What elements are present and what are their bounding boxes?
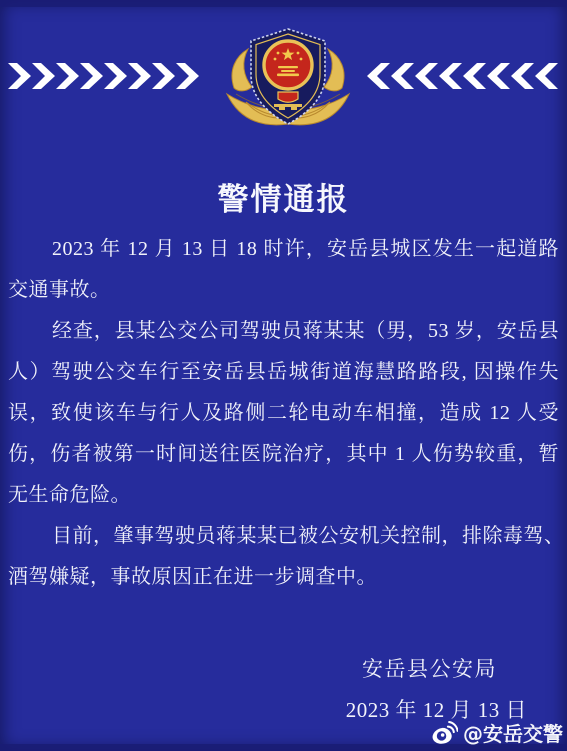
weibo-watermark: @安岳交警 — [431, 718, 563, 747]
notice-line: 酒驾嫌疑，事故原因正在进一步调查中。 — [8, 557, 559, 598]
weibo-icon — [431, 720, 458, 746]
notice-line: 误，致使该车与行人及路侧二轮电动车相撞，造成 12 人受 — [8, 393, 559, 434]
notice-line: 经查，县某公交公司驾驶员蒋某某（男，53 岁，安岳县 — [8, 311, 559, 352]
top-edge-band — [0, 0, 567, 7]
weibo-handle: @安岳交警 — [463, 718, 563, 747]
notice-line: 伤，伤者被第一时间送往医院治疗，其中 1 人伤势较重，暂 — [8, 434, 559, 475]
agency-signature: 安岳县公安局 — [362, 653, 497, 683]
chevrons-right-icon — [8, 63, 200, 89]
notice-body: 2023 年 12 月 13 日 18 时许，安岳县城区发生一起道路交通事故。经… — [8, 229, 559, 598]
police-notice-poster: 警情通报 2023 年 12 月 13 日 18 时许，安岳县城区发生一起道路交… — [0, 0, 567, 751]
notice-line: 交通事故。 — [8, 270, 559, 311]
notice-title: 警情通报 — [0, 174, 567, 219]
notice-line: 2023 年 12 月 13 日 18 时许，安岳县城区发生一起道路 — [8, 229, 559, 270]
notice-line: 人）驾驶公交车行至安岳县岳城街道海慧路路段, 因操作失 — [8, 352, 559, 393]
notice-line: 目前，肇事驾驶员蒋某某已被公安机关控制，排除毒驾、 — [8, 516, 559, 557]
notice-line: 无生命危险。 — [8, 475, 559, 516]
china-police-emblem-icon — [222, 24, 354, 134]
chevrons-left-icon — [367, 63, 559, 89]
